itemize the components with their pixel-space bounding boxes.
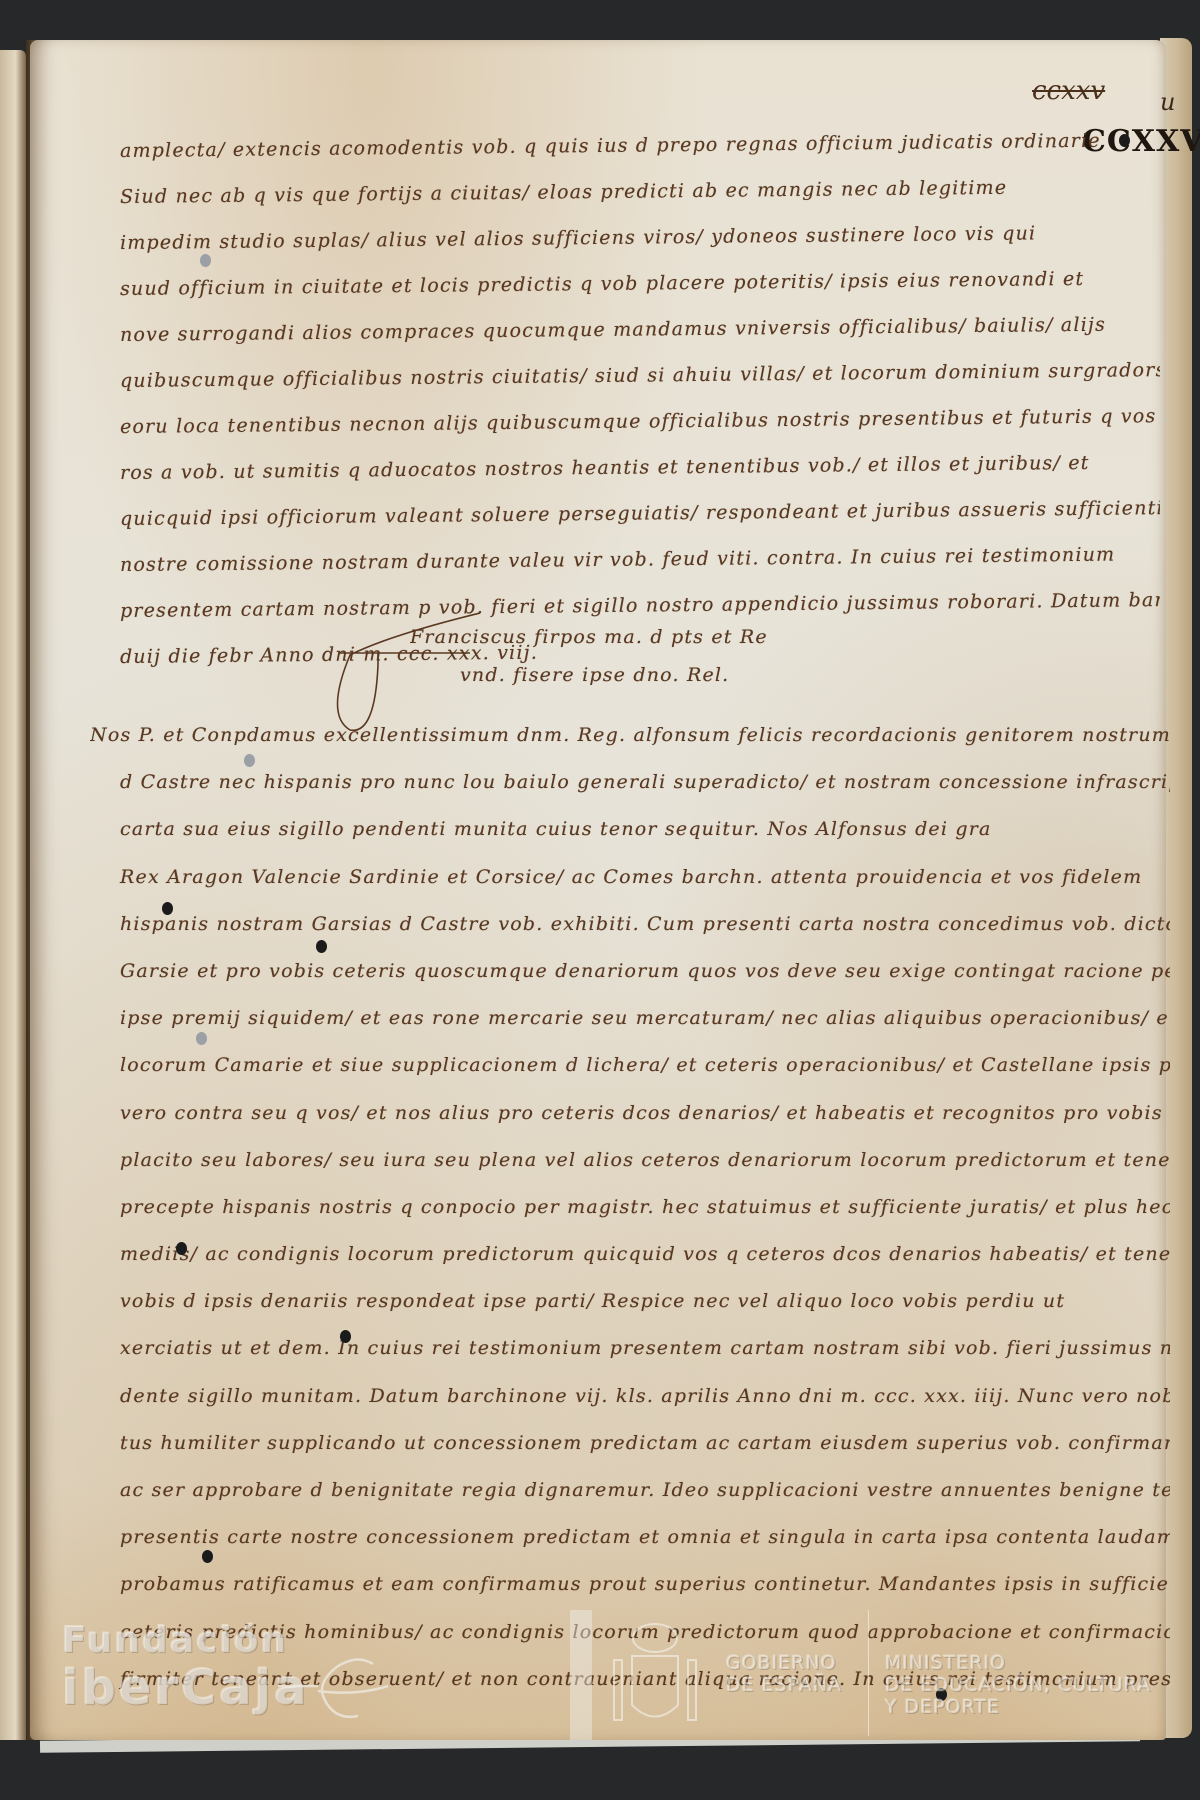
worm-hole: [162, 902, 173, 915]
watermark-divider: [868, 1610, 869, 1736]
watermark-ministerio-line1: MINISTERIO: [885, 1652, 1151, 1674]
manuscript-line: vero contra seu q vos/ et nos alius pro …: [90, 1090, 1170, 1137]
manuscript-line: presentis carte nostre concessionem pred…: [90, 1514, 1170, 1561]
worm-hole: [1119, 134, 1130, 147]
manuscript-line: locorum Camarie et siue supplicacionem d…: [90, 1042, 1170, 1089]
manuscript-page: ccxxv CCXXV amplecta/ extencis acomodent…: [30, 40, 1166, 1740]
watermark-ministerio-line2: DE EDUCACIÓN, CULTURA: [885, 1674, 1151, 1696]
manuscript-line: dente sigillo munitam. Datum barchinone …: [90, 1373, 1170, 1420]
notary-subscription: Franciscus firpos ma. d pts et Re vnd. f…: [410, 618, 768, 694]
watermark-ibercaja: iberCaja: [62, 1660, 310, 1716]
struck-folio-number: ccxxv: [1032, 76, 1105, 106]
manuscript-line: probamus ratificamus et eam confirmamus …: [90, 1561, 1170, 1608]
subscription-line: vnd. fisere ipse dno. Rel.: [410, 656, 768, 694]
worm-hole: [202, 1550, 213, 1563]
worm-hole: [316, 940, 327, 953]
manuscript-line: mediis/ ac condignis locorum predictorum…: [90, 1231, 1170, 1278]
manuscript-line: ipse premij siquidem/ et eas rone mercar…: [90, 995, 1170, 1042]
manuscript-line: Nos P. et Conpdamus excellentissimum dnm…: [90, 712, 1170, 759]
watermark-fundacion: Fundación: [62, 1620, 288, 1661]
worm-hole: [340, 1330, 351, 1343]
manuscript-line: tus humiliter supplicando ut concessione…: [90, 1420, 1170, 1467]
worm-hole: [200, 254, 211, 267]
facing-page-edge: [0, 50, 26, 1740]
subscription-line: Franciscus firpos ma. d pts et Re: [410, 618, 768, 656]
watermark-ministerio: MINISTERIO DE EDUCACIÓN, CULTURA Y DEPOR…: [885, 1652, 1151, 1718]
manuscript-line: xerciatis ut et dem. In cuius rei testim…: [90, 1325, 1170, 1372]
text-block-second: Nos P. et Conpdamus excellentissimum dnm…: [90, 712, 1170, 1703]
spain-coat-of-arms-icon: [570, 1610, 710, 1740]
text-block-first: amplecta/ extencis acomodentis vob. q qu…: [120, 128, 1160, 680]
manuscript-line: precepte hispanis nostris q conpocio per…: [90, 1184, 1170, 1231]
manuscript-line: hispanis nostram Garsias d Castre vob. e…: [90, 901, 1170, 948]
folio-suffix: u: [1160, 88, 1175, 116]
watermark-gobierno-line1: GOBIERNO: [726, 1652, 842, 1674]
worm-hole: [244, 754, 255, 767]
watermark-ministerio-line3: Y DEPORTE: [885, 1696, 1151, 1718]
manuscript-line: Garsie et pro vobis ceteris quoscumque d…: [90, 948, 1170, 995]
watermark-gobierno: GOBIERNO DE ESPAÑA: [726, 1652, 842, 1696]
worm-hole: [196, 1032, 207, 1045]
worm-hole: [176, 1242, 187, 1255]
watermark-gobierno-line2: DE ESPAÑA: [726, 1674, 842, 1696]
manuscript-line: vobis d ipsis denariis respondeat ipse p…: [90, 1278, 1170, 1325]
ibercaja-logo-icon: [278, 1656, 398, 1726]
manuscript-line: carta sua eius sigillo pendenti munita c…: [90, 806, 1170, 853]
manuscript-line: placito seu labores/ seu iura seu plena …: [90, 1137, 1170, 1184]
manuscript-line: ac ser approbare d benignitate regia dig…: [90, 1467, 1170, 1514]
manuscript-line: Rex Aragon Valencie Sardinie et Corsice/…: [90, 854, 1170, 901]
